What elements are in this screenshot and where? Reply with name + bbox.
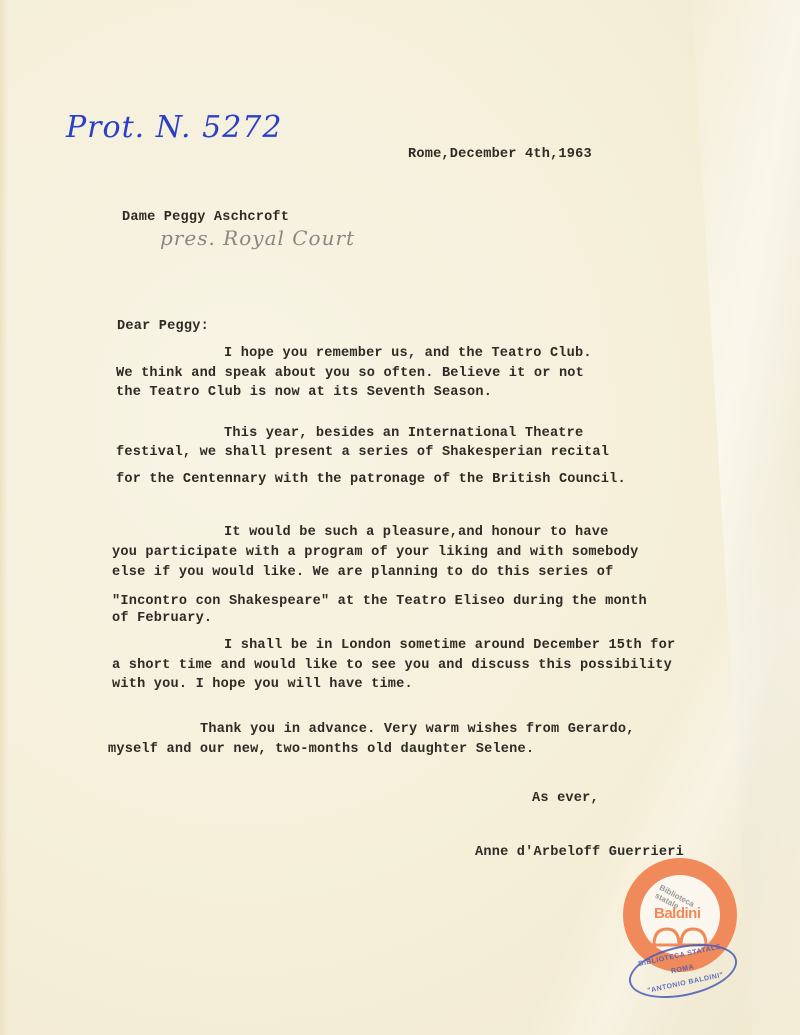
body-line: with you. I hope you will have time. bbox=[112, 677, 413, 692]
body-line: festival, we shall present a series of S… bbox=[116, 445, 609, 460]
body-line: I hope you remember us, and the Teatro C… bbox=[224, 346, 592, 361]
logo-name: Baldini bbox=[654, 905, 701, 922]
body-line: Thank you in advance. Very warm wishes f… bbox=[200, 722, 635, 737]
body-line: I shall be in London sometime around Dec… bbox=[224, 638, 675, 653]
handwritten-protocol-number: Prot. N. 5272 bbox=[66, 110, 282, 145]
body-line: myself and our new, two-months old daugh… bbox=[108, 742, 534, 757]
paper-edge bbox=[0, 0, 8, 1035]
body-line: It would be such a pleasure,and honour t… bbox=[224, 525, 608, 540]
handwritten-recipient-note: pres. Royal Court bbox=[160, 226, 355, 250]
body-line: for the Centennary with the patronage of… bbox=[116, 472, 626, 487]
closing: As ever, bbox=[532, 791, 599, 806]
body-line: "Incontro con Shakespeare" at the Teatro… bbox=[112, 594, 647, 609]
body-line: you participate with a program of your l… bbox=[112, 545, 639, 560]
body-line: We think and speak about you so often. B… bbox=[116, 366, 584, 381]
body-line: else if you would like. We are planning … bbox=[112, 565, 613, 580]
place-date: Rome,December 4th,1963 bbox=[408, 147, 592, 162]
body-line: of February. bbox=[112, 611, 212, 626]
body-line: the Teatro Club is now at its Seventh Se… bbox=[116, 385, 492, 400]
body-line: This year, besides an International Thea… bbox=[224, 426, 583, 441]
signature: Anne d'Arbeloff Guerrieri bbox=[475, 845, 684, 860]
body-line: a short time and would like to see you a… bbox=[112, 658, 672, 673]
salutation: Dear Peggy: bbox=[117, 319, 209, 334]
recipient-name: Dame Peggy Aschcroft bbox=[122, 210, 289, 225]
